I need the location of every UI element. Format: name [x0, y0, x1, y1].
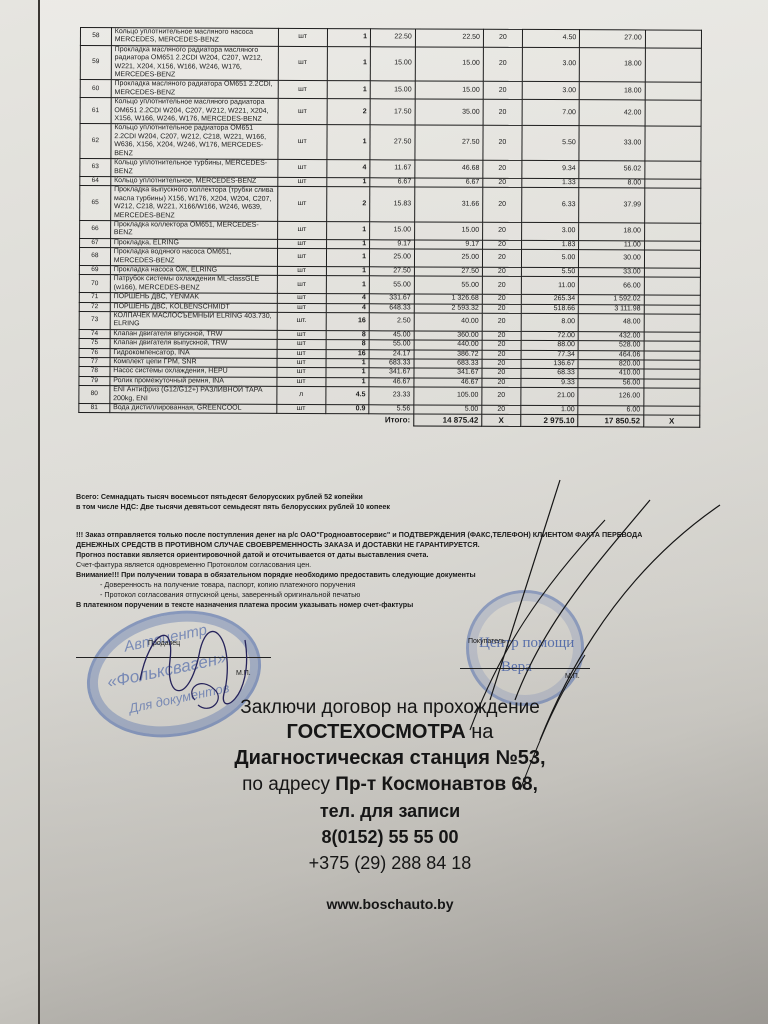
cell-total: 56.00: [578, 379, 644, 389]
cell-qty: 2: [327, 99, 371, 125]
cell-name: Клапан двигателя выпускной, TRW: [110, 339, 277, 349]
cell-price: 5.56: [369, 405, 414, 415]
cell-unit: шт: [278, 81, 327, 99]
cell-unit: шт: [277, 303, 326, 313]
cell-num: 65: [80, 186, 111, 221]
cell-vat-rate: 20: [483, 240, 522, 250]
cell-total: 27.00: [580, 30, 646, 48]
cell-empty: [645, 126, 701, 161]
seller-signature-line: [76, 645, 271, 658]
table-row: 60Прокладка масляного радиатора OM651 2.…: [80, 80, 701, 101]
cell-unit: шт: [278, 187, 327, 222]
totals-vat-sum: 2 975.10: [521, 415, 579, 427]
cell-price: 6.67: [370, 178, 415, 188]
cell-unit: шт: [278, 177, 327, 187]
cell-empty: [645, 82, 701, 100]
cell-qty: 1: [326, 267, 369, 277]
cell-unit: шт: [278, 28, 327, 46]
cell-sum: 22.50: [415, 29, 483, 47]
cell-total: 11.00: [579, 240, 645, 250]
cell-sum: 15.00: [415, 81, 483, 99]
buyer-stamp: Центр помощи Вера: [466, 590, 584, 706]
cell-vat-rate: 20: [482, 304, 521, 314]
table-row: 58Кольцо уплотнительное масляного насоса…: [80, 28, 701, 49]
table-row: 70Патрубок системы охлаждения ML-classGL…: [79, 275, 700, 296]
cell-sum: 9.17: [414, 240, 482, 250]
cell-vat-rate: 20: [482, 340, 521, 350]
cell-vat-rate: 20: [482, 267, 521, 277]
cell-unit: шт: [278, 159, 327, 177]
cell-sum: 27.50: [415, 125, 483, 160]
cell-sum: 40.00: [414, 313, 482, 331]
cell-price: 331.67: [369, 294, 414, 304]
cell-empty: [644, 369, 700, 379]
cell-unit: шт: [277, 266, 326, 276]
cell-sum: 341.67: [414, 368, 482, 378]
cell-sum: 2 593.32: [414, 304, 482, 314]
note-line-1: !!! Заказ отправляется только после пост…: [76, 530, 736, 540]
cell-vat-rate: 20: [483, 82, 522, 100]
cell-name: КОЛПАЧЕК МАСЛОСЪЕМНЫЙ ELRING 403.730, EL…: [110, 312, 277, 331]
cell-qty: 1: [326, 239, 369, 249]
note-line-2: ДЕНЕЖНЫХ СРЕДСТВ В ПРОТИВНОМ СЛУЧАЕ СВОЕ…: [76, 540, 736, 550]
cell-vat-sum: 136.67: [521, 359, 579, 369]
cell-vat-sum: 1.00: [521, 405, 579, 415]
cell-vat-rate: 20: [483, 29, 522, 47]
cell-name: Патрубок системы охлаждения ML-classGLE …: [110, 275, 277, 294]
cell-sum: 35.00: [415, 99, 483, 126]
cell-empty: [644, 250, 700, 268]
terms-notes: !!! Заказ отправляется только после пост…: [76, 530, 736, 610]
cell-qty: 1: [326, 177, 369, 187]
table-row: 61Кольцо уплотнительное масляного радиат…: [80, 98, 701, 127]
cell-vat-rate: 20: [483, 160, 522, 178]
cell-name: Кольцо уплотнительное турбины, MERCEDES-…: [111, 159, 278, 178]
table-row: 65Прокладка выпускного коллектора (трубк…: [80, 186, 701, 223]
cell-price: 46.67: [369, 378, 414, 388]
cell-price: 648.33: [369, 303, 414, 313]
cell-price: 25.00: [370, 249, 415, 267]
cell-vat-sum: 11.00: [521, 277, 579, 295]
cell-empty: [644, 268, 700, 278]
cell-name: Комплект цепи ГРМ, SNR: [110, 358, 277, 368]
cell-empty: [644, 188, 700, 223]
note-line-6: - Доверенность на получение товара, пасп…: [76, 580, 736, 590]
inspection-advert: Заключи договор на прохождение ГОСТЕХОСМ…: [180, 696, 600, 912]
cell-unit: шт: [277, 340, 326, 350]
cell-price: 9.17: [370, 240, 415, 250]
cell-vat-sum: 3.00: [522, 82, 580, 100]
cell-name: Ролик промежуточный ремня, INA: [110, 376, 277, 386]
cell-sum: 31.66: [415, 187, 483, 222]
cell-unit: шт: [277, 377, 326, 387]
cell-empty: [644, 360, 700, 370]
cell-qty: 1: [327, 81, 371, 99]
cell-sum: 25.00: [414, 249, 482, 267]
cell-total: 432.00: [578, 331, 644, 341]
cell-vat-sum: 72.00: [521, 331, 579, 341]
cell-total: 37.99: [579, 188, 645, 223]
cell-price: 11.67: [370, 160, 415, 178]
cell-vat-sum: 8.00: [521, 313, 579, 331]
cell-num: 62: [80, 124, 111, 159]
cell-sum: 55.00: [414, 276, 482, 294]
cell-qty: 1: [326, 249, 370, 267]
cell-name: Кольцо уплотнительное масляного радиатор…: [111, 98, 278, 125]
cell-num: 76: [79, 348, 110, 358]
cell-vat-rate: 20: [482, 313, 521, 331]
invoice-items-table: 58Кольцо уплотнительное масляного насоса…: [78, 27, 702, 428]
cell-total: 33.00: [579, 268, 645, 278]
cell-num: 64: [80, 176, 111, 186]
cell-name: Клапан двигателя впускной, TRW: [110, 329, 277, 339]
cell-total: 6.00: [578, 406, 644, 416]
cell-empty: [645, 179, 701, 189]
cell-name: Прокладка водяного насоса OM651, MERCEDE…: [110, 248, 277, 267]
table-row: 68Прокладка водяного насоса OM651, MERCE…: [79, 248, 700, 269]
cell-price: 15.00: [370, 81, 415, 99]
cell-empty: [644, 332, 700, 342]
cell-empty: [644, 341, 700, 351]
cell-num: 79: [79, 376, 110, 386]
cell-vat-sum: 77.34: [521, 350, 579, 360]
cell-name: Прокладка, ELRING: [110, 238, 277, 248]
cell-qty: 4: [326, 160, 370, 178]
cell-vat-rate: 20: [482, 405, 521, 415]
cell-name: Вода дистиллированная, GREENCOOL: [110, 404, 277, 414]
cell-vat-sum: 5.00: [521, 250, 579, 268]
totals-sum: 14 875.42: [414, 414, 482, 426]
cell-num: 66: [80, 220, 111, 238]
note-line-4: Счет-фактура является одновременно Прото…: [76, 560, 736, 570]
cell-unit: шт: [278, 99, 327, 125]
note-line-5: Внимание!!! При получении товара в обяза…: [76, 570, 736, 580]
cell-sum: 6.67: [415, 178, 483, 188]
cell-qty: 1: [326, 222, 370, 240]
cell-total: 528.00: [578, 341, 644, 351]
buyer-label: Покупатель: [468, 638, 506, 645]
cell-vat-rate: 20: [482, 388, 521, 406]
cell-total: 42.00: [579, 100, 645, 127]
cell-total: 18.00: [580, 47, 646, 82]
cell-vat-rate: 20: [483, 47, 522, 82]
cell-empty: [644, 223, 700, 241]
cell-vat-sum: 21.00: [521, 388, 579, 406]
ad-line-1: Заключи договор на прохождение: [180, 696, 600, 720]
cell-name: ENI Антифриз (G12/G12+) РАЗЛИВНОЙ ТАРА 2…: [110, 386, 277, 405]
cell-unit: шт: [277, 330, 326, 340]
ad-phone-label: тел. для записи: [180, 798, 600, 824]
cell-num: 69: [79, 265, 110, 275]
cell-price: 2.50: [369, 313, 414, 331]
cell-vat-sum: 88.00: [521, 341, 579, 351]
cell-vat-sum: 5.50: [522, 126, 580, 161]
cell-unit: шт: [277, 221, 326, 239]
cell-qty: 1: [326, 377, 369, 387]
cell-unit: шт.: [277, 312, 326, 330]
cell-vat-rate: 20: [482, 359, 521, 369]
cell-qty: 8: [326, 330, 369, 340]
cell-empty: [645, 100, 701, 126]
cell-total: 30.00: [579, 250, 645, 268]
cell-name: Кольцо уплотнительное масляного насоса M…: [111, 28, 278, 47]
cell-qty: 1: [326, 276, 370, 294]
totals-label: Итого:: [277, 414, 414, 427]
cell-price: 55.00: [369, 276, 414, 294]
cell-qty: 1: [327, 46, 371, 81]
cell-vat-sum: 518.66: [521, 304, 579, 314]
cell-price: 23.33: [369, 387, 414, 405]
sum-in-words: Всего: Семнадцать тысяч восемьсот пятьде…: [76, 492, 390, 512]
totals-extra: X: [644, 415, 700, 427]
ad-website: www.boschauto.by: [180, 896, 600, 912]
note-line-7: - Протокол согласования отпускной цены, …: [76, 590, 736, 600]
note-line-8: В платежном поручении в тексте назначени…: [76, 600, 736, 610]
totals-row: Итого: 14 875.42 X 2 975.10 17 850.52 X: [79, 413, 700, 428]
cell-vat-rate: 20: [482, 277, 521, 295]
cell-vat-sum: 265.34: [521, 295, 579, 305]
cell-num: 80: [79, 386, 110, 404]
ad-address: по адресу Пр-т Космонавтов 68,: [180, 772, 600, 798]
cell-vat-sum: 5.50: [521, 267, 579, 277]
ad-phone-2: +375 (29) 288 84 18: [180, 850, 600, 876]
cell-empty: [644, 379, 700, 389]
cell-vat-rate: 20: [482, 369, 521, 379]
cell-total: 66.00: [579, 277, 645, 295]
cell-empty: [644, 241, 700, 251]
cell-qty: 0.9: [325, 405, 368, 415]
buyer-mp: М.П.: [565, 673, 580, 680]
cell-price: 22.50: [370, 29, 415, 47]
cell-qty: 4.5: [325, 387, 369, 405]
cell-vat-sum: 4.50: [522, 29, 580, 47]
cell-num: 72: [79, 302, 110, 312]
cell-vat-rate: 20: [482, 249, 521, 267]
cell-num: 59: [80, 45, 111, 80]
cell-empty: [645, 30, 701, 48]
cell-price: 341.67: [369, 368, 414, 378]
cell-num: 58: [80, 28, 111, 46]
cell-sum: 440.00: [414, 340, 482, 350]
cell-vat-sum: 1.83: [521, 240, 579, 250]
cell-vat-sum: 1.33: [522, 178, 580, 188]
cell-qty: 1: [326, 368, 369, 378]
cell-name: Насос системы охлаждения, HEPU: [110, 367, 277, 377]
cell-vat-rate: 20: [482, 350, 521, 360]
cell-name: Кольцо уплотнительное, MERCEDES-BENZ: [111, 177, 278, 187]
total-in-words: Всего: Семнадцать тысяч восемьсот пятьде…: [76, 492, 390, 502]
cell-sum: 15.00: [414, 222, 482, 240]
cell-empty: [644, 388, 700, 406]
cell-unit: шт: [277, 249, 326, 267]
cell-vat-rate: 20: [483, 100, 522, 126]
ad-phone-1: 8(0152) 55 55 00: [180, 824, 600, 850]
cell-num: 78: [79, 367, 110, 377]
cell-total: 464.06: [578, 350, 644, 360]
ad-station: Диагностическая станция №53,: [180, 744, 600, 772]
cell-empty: [644, 314, 700, 332]
cell-empty: [645, 48, 701, 83]
cell-price: 45.00: [369, 331, 414, 341]
ad-line-2: ГОСТЕХОСМОТРА на: [180, 720, 600, 744]
cell-empty: [645, 161, 701, 179]
seller-mp: М.П.: [236, 670, 251, 677]
totals-total: 17 850.52: [578, 415, 644, 427]
cell-unit: шт: [277, 358, 326, 368]
cell-unit: шт: [277, 294, 326, 304]
cell-name: Прокладка насоса ОЖ, ELRING: [110, 266, 277, 276]
cell-name: Прокладка масляного радиатора масляного …: [111, 45, 278, 80]
cell-num: 70: [79, 275, 110, 293]
cell-vat-rate: 20: [483, 126, 522, 161]
buyer-signature-line: [460, 668, 590, 669]
cell-total: 8.00: [579, 179, 645, 189]
cell-empty: [644, 305, 700, 315]
cell-unit: шт: [277, 404, 326, 414]
cell-total: 3 111.98: [579, 304, 645, 314]
cell-price: 15.00: [370, 47, 415, 82]
cell-vat-sum: 7.00: [522, 100, 580, 126]
cell-num: 63: [80, 159, 111, 177]
cell-num: 61: [80, 98, 111, 124]
cell-name: Прокладка масляного радиатора OM651 2.2C…: [111, 80, 278, 99]
cell-num: 75: [79, 339, 110, 349]
cell-sum: 27.50: [414, 267, 482, 277]
cell-price: 27.50: [369, 267, 414, 277]
cell-empty: [644, 277, 700, 295]
cell-total: 33.00: [579, 126, 645, 161]
cell-vat-rate: 20: [482, 378, 521, 388]
cell-vat-rate: 20: [482, 294, 521, 304]
cell-name: Гидрокомпенсатор, INA: [110, 348, 277, 358]
cell-sum: 683.33: [414, 359, 482, 369]
cell-vat-sum: 9.34: [522, 161, 580, 179]
cell-unit: шт: [277, 239, 326, 249]
cell-price: 683.33: [369, 359, 414, 369]
cell-num: 71: [79, 293, 110, 303]
cell-sum: 1 326.68: [414, 294, 482, 304]
cell-empty: [644, 351, 700, 361]
cell-empty: [644, 406, 700, 416]
cell-unit: шт: [278, 125, 327, 160]
cell-num: 74: [79, 329, 110, 339]
cell-total: 410.00: [578, 369, 644, 379]
cell-num: 60: [80, 80, 111, 98]
cell-price: 27.50: [370, 125, 415, 160]
cell-vat-rate: 20: [483, 178, 522, 188]
cell-sum: 46.67: [414, 378, 482, 388]
note-line-3: Прогноз поставки является ориентировочно…: [76, 550, 736, 560]
cell-sum: 46.68: [415, 160, 483, 178]
cell-total: 18.00: [579, 223, 645, 241]
cell-vat-sum: 68.33: [521, 369, 579, 379]
cell-qty: 1: [326, 359, 369, 369]
cell-qty: 4: [326, 303, 369, 313]
cell-num: 73: [79, 311, 110, 329]
cell-vat-sum: 9.33: [521, 378, 579, 388]
cell-vat-sum: 3.00: [522, 47, 580, 82]
cell-qty: 16: [326, 349, 369, 359]
cell-vat-rate: 20: [482, 331, 521, 341]
cell-name: ПОРШЕНЬ ДВС, KOLBENSCHMIDT: [110, 302, 277, 312]
cell-sum: 105.00: [414, 387, 482, 405]
cell-sum: 386.72: [414, 350, 482, 360]
cell-unit: л: [277, 387, 326, 405]
totals-vat-rate: X: [482, 415, 521, 427]
cell-num: 68: [79, 248, 110, 266]
cell-vat-rate: 20: [483, 222, 522, 240]
cell-name: Кольцо уплотнительное радиатора OM651 2.…: [111, 124, 278, 159]
table-row: 62Кольцо уплотнительное радиатора OM651 …: [80, 124, 701, 161]
cell-unit: шт: [277, 349, 326, 359]
cell-price: 24.17: [369, 349, 414, 359]
cell-qty: 1: [327, 125, 371, 160]
cell-qty: 1: [327, 29, 371, 47]
cell-total: 56.02: [579, 161, 645, 179]
cell-vat-rate: 20: [483, 188, 522, 223]
cell-qty: 8: [326, 340, 369, 350]
cell-total: 1 592.02: [579, 295, 645, 305]
cell-vat-sum: 3.00: [521, 222, 579, 240]
cell-num: 81: [79, 404, 110, 414]
vat-in-words: в том числе НДС: Две тысячи девятьсот се…: [76, 502, 390, 512]
cell-unit: шт: [277, 368, 326, 378]
cell-total: 18.00: [579, 82, 645, 100]
cell-unit: шт: [278, 46, 327, 81]
cell-total: 48.00: [578, 314, 644, 332]
cell-qty: 4: [326, 294, 369, 304]
cell-unit: шт: [277, 276, 326, 294]
cell-qty: 16: [326, 313, 370, 331]
cell-total: 820.00: [578, 360, 644, 370]
cell-vat-sum: 6.33: [521, 188, 579, 223]
cell-price: 55.00: [369, 340, 414, 350]
cell-sum: 15.00: [415, 47, 483, 82]
cell-num: 67: [80, 238, 111, 248]
cell-empty: [644, 295, 700, 305]
cell-price: 15.83: [370, 187, 415, 222]
cell-num: 77: [79, 358, 110, 368]
cell-total: 126.00: [578, 388, 644, 406]
table-row: 59Прокладка масляного радиатора масляног…: [80, 45, 701, 82]
cell-name: ПОРШЕНЬ ДВС, YENMAK: [110, 293, 277, 303]
cell-sum: 5.00: [414, 405, 482, 415]
cell-price: 17.50: [370, 99, 415, 125]
cell-name: Прокладка коллектора OM651, MERCEDES-BEN…: [110, 221, 277, 240]
cell-price: 15.00: [370, 222, 415, 240]
cell-qty: 2: [326, 187, 370, 222]
cell-name: Прокладка выпускного коллектора (трубки …: [110, 186, 277, 221]
cell-sum: 360.00: [414, 331, 482, 341]
